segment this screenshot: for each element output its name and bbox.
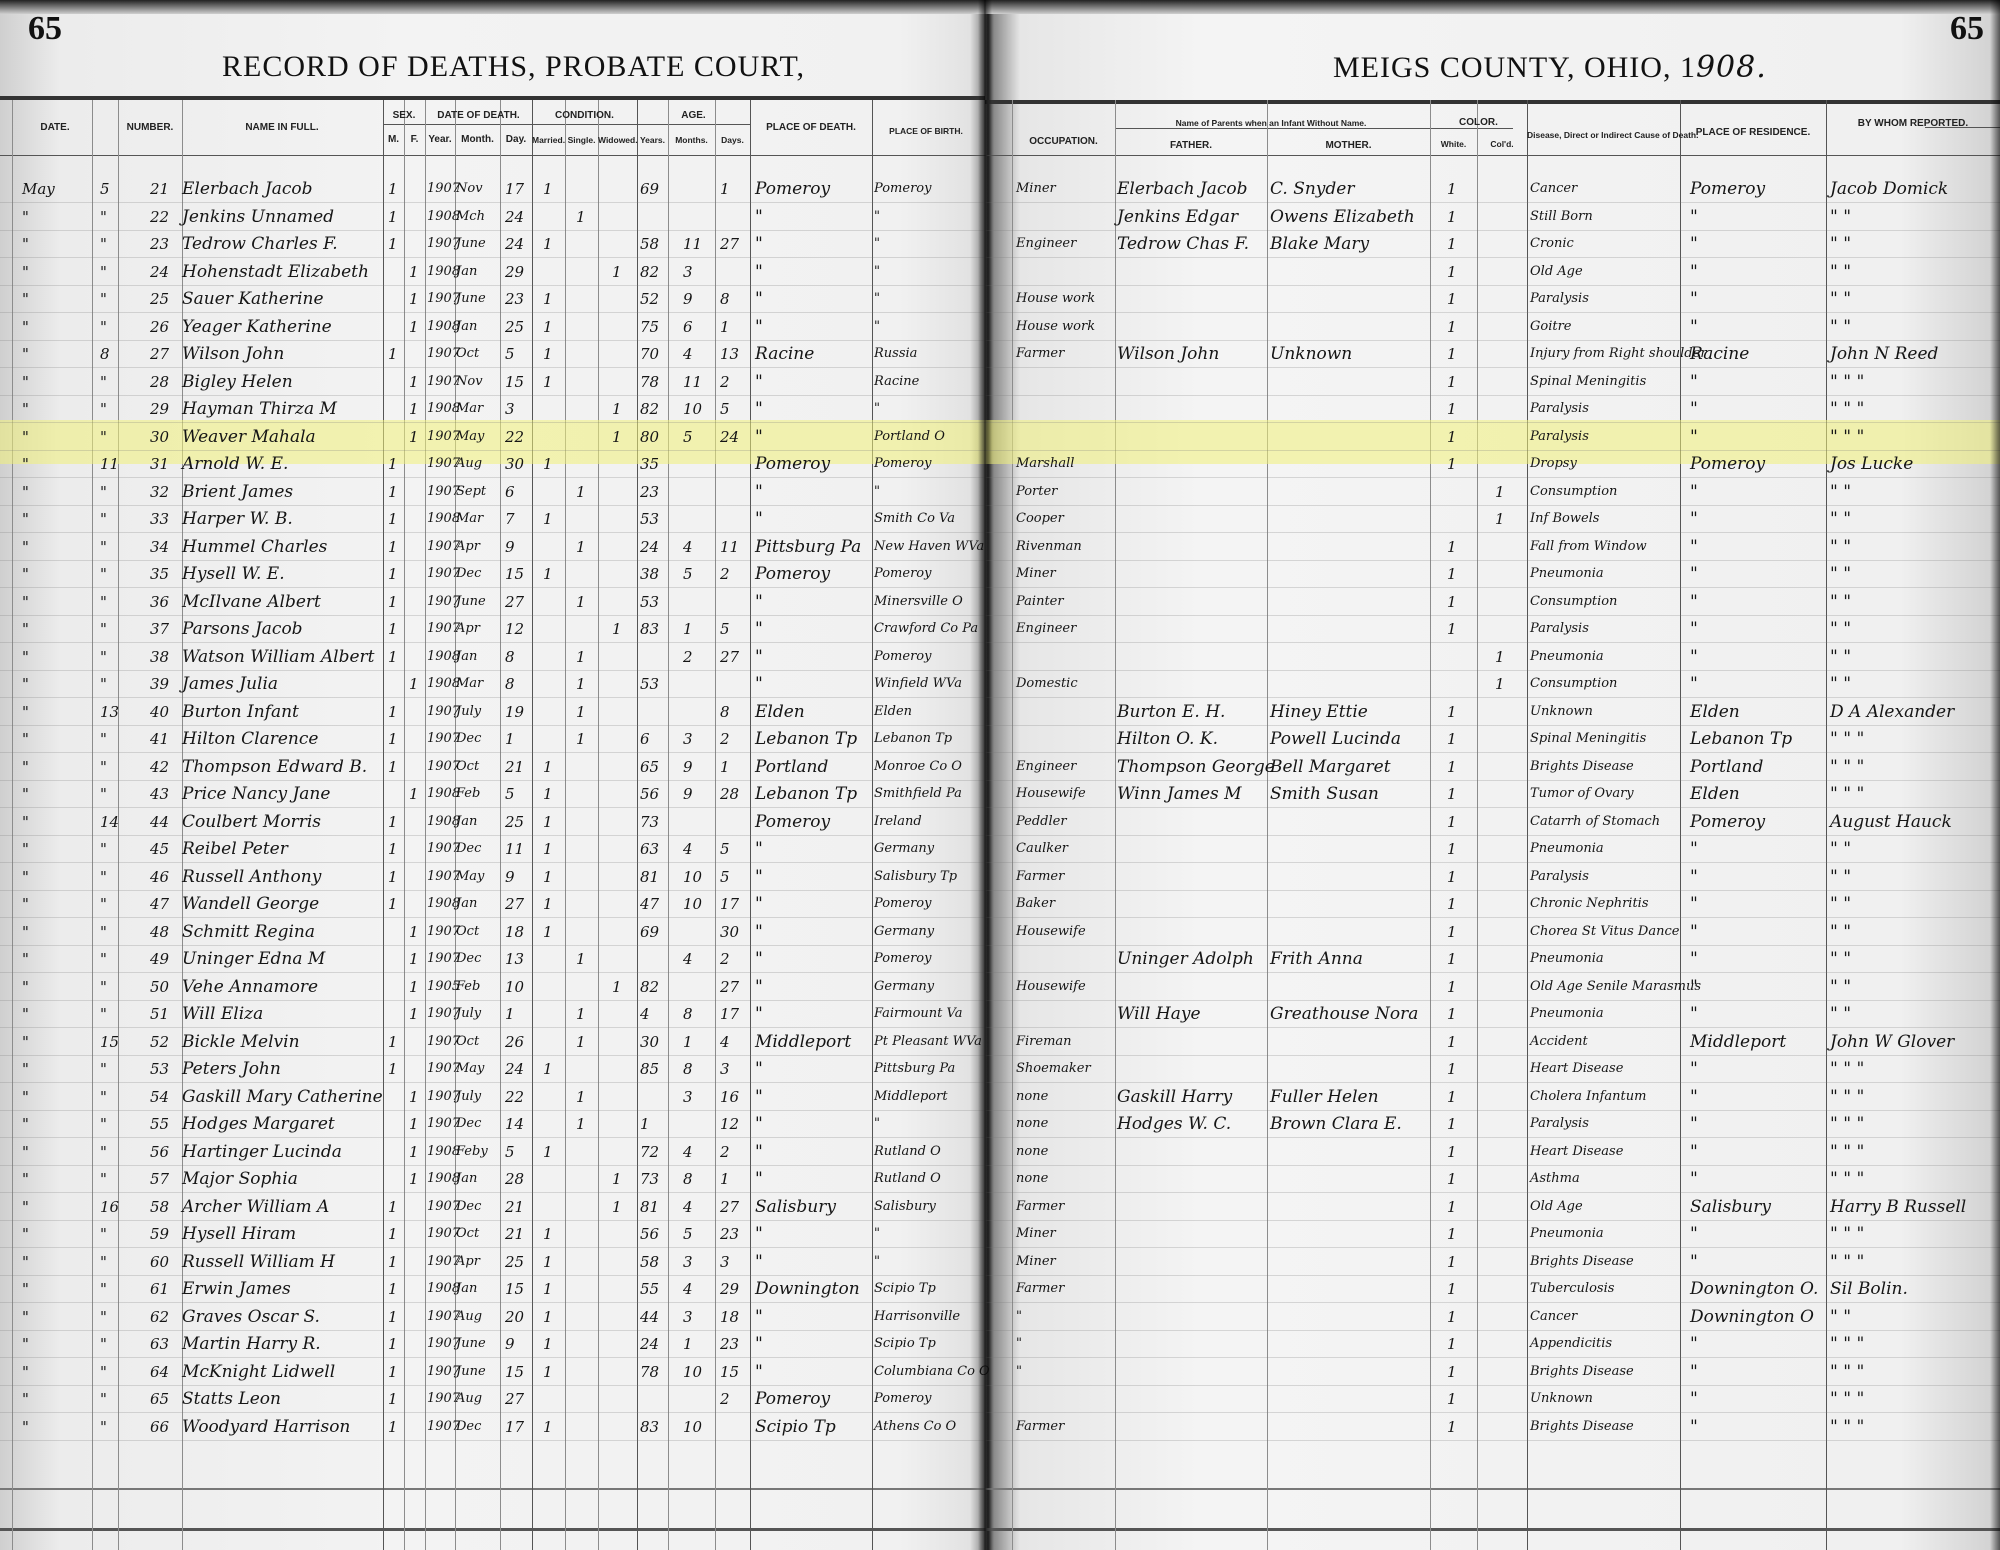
name-in-full-cell: Schmitt Regina [182, 918, 315, 946]
death-day-cell: 27 [505, 890, 524, 918]
death-day-cell: 27 [505, 1385, 524, 1413]
cause-of-death-cell: Injury from Right shoulder [1530, 340, 1707, 368]
place-of-death-cell: " [755, 918, 763, 946]
sex-m-cell: 1 [388, 890, 398, 918]
date-month-cell: " [22, 313, 29, 341]
date-day-cell: " [100, 1248, 107, 1276]
place-of-death-cell: " [755, 835, 763, 863]
reported-by-cell: " " [1830, 258, 1851, 286]
death-month-cell: Feby [456, 1138, 488, 1166]
place-of-birth-cell: Middleport [874, 1083, 948, 1111]
sex-m-cell: 1 [388, 1413, 398, 1441]
age-days-cell: 13 [720, 340, 739, 368]
cond-married-cell: 1 [543, 368, 553, 396]
occupation-cell: Caulker [1016, 835, 1068, 863]
age-days-cell: 15 [720, 1358, 739, 1386]
age-months-cell: 8 [683, 1000, 693, 1028]
residence-cell: " [1690, 368, 1698, 396]
death-day-cell: 19 [505, 698, 524, 726]
residence-cell: " [1690, 1110, 1698, 1138]
age-years-cell: 56 [640, 780, 659, 808]
place-of-birth-cell: Harrisonville [874, 1303, 960, 1331]
sex-m-cell: 1 [388, 203, 398, 231]
place-of-birth-cell: " [874, 395, 880, 423]
place-of-death-cell: Pomeroy [755, 560, 830, 588]
death-day-cell: 9 [505, 533, 515, 561]
age-days-cell: 27 [720, 643, 739, 671]
date-month-cell: " [22, 1413, 29, 1441]
death-day-cell: 15 [505, 1358, 524, 1386]
cond-married-cell: 1 [543, 1330, 553, 1358]
death-month-cell: June [456, 1330, 486, 1358]
death-month-cell: Feb [456, 973, 480, 1001]
sex-m-cell: 1 [388, 725, 398, 753]
place-of-birth-cell: " [874, 203, 880, 231]
color-white-cell: 1 [1447, 1028, 1457, 1056]
color-white-cell: 1 [1447, 1303, 1457, 1331]
death-day-cell: 9 [505, 1330, 515, 1358]
place-of-birth-cell: " [874, 285, 880, 313]
table-row: "1658Archer William A11907Dec21181427Sal… [0, 1193, 2000, 1221]
date-day-cell: " [100, 780, 107, 808]
place-of-death-cell: " [755, 505, 763, 533]
sex-m-cell: 1 [388, 1303, 398, 1331]
sex-f-cell: 1 [409, 395, 419, 423]
sex-m-cell: 1 [388, 1330, 398, 1358]
cause-of-death-cell: Accident [1530, 1028, 1588, 1056]
name-in-full-cell: Erwin James [182, 1275, 291, 1303]
death-day-cell: 22 [505, 423, 524, 451]
date-day-cell: " [100, 615, 107, 643]
cause-of-death-cell: Heart Disease [1530, 1055, 1623, 1083]
table-row: May521Elerbach Jacob11907Nov171691Pomero… [0, 175, 2000, 203]
place-of-death-cell: Pomeroy [755, 808, 830, 836]
death-day-cell: 15 [505, 1275, 524, 1303]
cause-of-death-cell: Fall from Window [1530, 533, 1647, 561]
place-of-birth-cell: Salisbury Tp [874, 863, 957, 891]
table-row: ""65Statts Leon11907Aug272PomeroyPomeroy… [0, 1385, 2000, 1413]
age-months-cell: 1 [683, 1330, 693, 1358]
name-in-full-cell: Yeager Katherine [182, 313, 332, 341]
date-day-cell: " [100, 505, 107, 533]
cause-of-death-cell: Pneumonia [1530, 945, 1604, 973]
entry-number-cell: 56 [150, 1138, 169, 1166]
place-of-death-cell: Scipio Tp [755, 1413, 836, 1441]
age-years-cell: 69 [640, 175, 659, 203]
age-years-cell: 73 [640, 808, 659, 836]
cause-of-death-cell: Cancer [1530, 1303, 1577, 1331]
age-days-cell: 3 [720, 1248, 730, 1276]
name-in-full-cell: Archer William A [182, 1193, 329, 1221]
place-of-birth-cell: Salisbury [874, 1193, 936, 1221]
occupation-cell: " [1016, 1358, 1022, 1386]
residence-cell: " [1690, 313, 1698, 341]
death-month-cell: Apr [456, 533, 480, 561]
father-cell: Wilson John [1117, 340, 1219, 368]
name-in-full-cell: Graves Oscar S. [182, 1303, 320, 1331]
reported-by-cell: " " [1830, 615, 1851, 643]
age-months-cell: 4 [683, 340, 693, 368]
place-of-birth-cell: Scipio Tp [874, 1330, 936, 1358]
sex-f-cell: 1 [409, 1000, 419, 1028]
date-day-cell: " [100, 835, 107, 863]
entry-number-cell: 22 [150, 203, 169, 231]
name-in-full-cell: Arnold W. E. [182, 450, 288, 478]
date-day-cell: 5 [100, 175, 110, 203]
header-sex-m: M. [383, 134, 404, 145]
age-days-cell: 27 [720, 1193, 739, 1221]
table-row: ""32Brient James11907Sept6123""Porter1Co… [0, 478, 2000, 506]
place-of-birth-cell: Pt Pleasant WVa [874, 1028, 982, 1056]
age-days-cell: 24 [720, 423, 739, 451]
sex-m-cell: 1 [388, 1055, 398, 1083]
place-of-birth-cell: " [874, 478, 880, 506]
residence-cell: " [1690, 890, 1698, 918]
sex-m-cell: 1 [388, 1358, 398, 1386]
header-sex: SEX. [383, 110, 425, 121]
death-month-cell: Aug [456, 1303, 482, 1331]
age-months-cell: 4 [683, 1138, 693, 1166]
cond-married-cell: 1 [543, 1248, 553, 1276]
death-month-cell: Mch [456, 203, 485, 231]
cause-of-death-cell: Still Born [1530, 203, 1593, 231]
age-years-cell: 70 [640, 340, 659, 368]
occupation-cell: Painter [1016, 588, 1064, 616]
sex-m-cell: 1 [388, 615, 398, 643]
header-residence: PLACE OF RESIDENCE. [1680, 127, 1826, 138]
header-cond-married: Married. [532, 135, 565, 145]
date-month-cell: " [22, 1248, 29, 1276]
age-years-cell: 4 [640, 1000, 650, 1028]
entry-number-cell: 24 [150, 258, 169, 286]
cond-married-cell: 1 [543, 1303, 553, 1331]
residence-cell: Portland [1690, 753, 1763, 781]
cause-of-death-cell: Catarrh of Stomach [1530, 808, 1660, 836]
cond-married-cell: 1 [543, 313, 553, 341]
occupation-cell: Rivenman [1016, 533, 1082, 561]
table-row: ""61Erwin James11908Jan15155429Downingto… [0, 1275, 2000, 1303]
death-day-cell: 21 [505, 1193, 524, 1221]
entry-number-cell: 53 [150, 1055, 169, 1083]
sex-f-cell: 1 [409, 973, 419, 1001]
reported-by-cell: " " [1830, 918, 1851, 946]
death-month-cell: Dec [456, 1193, 481, 1221]
entry-number-cell: 21 [150, 175, 169, 203]
age-days-cell: 1 [720, 753, 730, 781]
death-day-cell: 1 [505, 725, 515, 753]
date-day-cell: " [100, 1385, 107, 1413]
date-day-cell: 14 [100, 808, 119, 836]
entry-number-cell: 58 [150, 1193, 169, 1221]
death-month-cell: Apr [456, 1248, 480, 1276]
entry-number-cell: 49 [150, 945, 169, 973]
color-cold-cell: 1 [1495, 505, 1505, 533]
place-of-birth-cell: Russia [874, 340, 917, 368]
residence-cell: " [1690, 1055, 1698, 1083]
age-years-cell: 24 [640, 1330, 659, 1358]
residence-cell: Racine [1690, 340, 1749, 368]
age-days-cell: 1 [720, 313, 730, 341]
color-white-cell: 1 [1447, 340, 1457, 368]
death-month-cell: Dec [456, 945, 481, 973]
entry-number-cell: 61 [150, 1275, 169, 1303]
age-months-cell: 5 [683, 560, 693, 588]
death-day-cell: 1 [505, 1000, 515, 1028]
place-of-death-cell: " [755, 285, 763, 313]
age-years-cell: 53 [640, 588, 659, 616]
cond-married-cell: 1 [543, 1413, 553, 1441]
place-of-death-cell: " [755, 1165, 763, 1193]
age-days-cell: 2 [720, 368, 730, 396]
age-months-cell: 10 [683, 863, 702, 891]
mother-cell: Owens Elizabeth [1270, 203, 1415, 231]
residence-cell: " [1690, 588, 1698, 616]
color-white-cell: 1 [1447, 1385, 1457, 1413]
cause-of-death-cell: Brights Disease [1530, 1248, 1634, 1276]
age-days-cell: 27 [720, 230, 739, 258]
entry-number-cell: 59 [150, 1220, 169, 1248]
date-day-cell: " [100, 560, 107, 588]
death-day-cell: 20 [505, 1303, 524, 1331]
cond-single-cell: 1 [576, 203, 586, 231]
age-years-cell: 44 [640, 1303, 659, 1331]
place-of-death-cell: " [755, 1358, 763, 1386]
date-day-cell: " [100, 945, 107, 973]
cause-of-death-cell: Pneumonia [1530, 643, 1604, 671]
age-years-cell: 82 [640, 973, 659, 1001]
name-in-full-cell: Harper W. B. [182, 505, 293, 533]
color-white-cell: 1 [1447, 945, 1457, 973]
death-day-cell: 12 [505, 615, 524, 643]
age-days-cell: 1 [720, 1165, 730, 1193]
table-row: ""56Hartinger Lucinda11908Feby517242"Rut… [0, 1138, 2000, 1166]
place-of-birth-cell: Pomeroy [874, 890, 931, 918]
place-of-death-cell: Pomeroy [755, 1385, 830, 1413]
table-row: ""62Graves Oscar S.11907Aug20144318"Harr… [0, 1303, 2000, 1331]
place-of-birth-cell: Smithfield Pa [874, 780, 962, 808]
age-years-cell: 58 [640, 1248, 659, 1276]
header-name: NAME IN FULL. [182, 122, 382, 133]
color-white-cell: 1 [1447, 1083, 1457, 1111]
death-month-cell: Nov [456, 175, 483, 203]
cause-of-death-cell: Brights Disease [1530, 1413, 1634, 1441]
occupation-cell: none [1016, 1165, 1048, 1193]
table-row: ""64McKnight Lidwell11907June151781015"C… [0, 1358, 2000, 1386]
place-of-birth-cell: " [874, 1248, 880, 1276]
occupation-cell: Peddler [1016, 808, 1067, 836]
mother-cell: Hiney Ettie [1270, 698, 1368, 726]
date-month-cell: " [22, 478, 29, 506]
table-row: ""53Peters John11907May2418583"Pittsburg… [0, 1055, 2000, 1083]
cause-of-death-cell: Unknown [1530, 698, 1593, 726]
cond-married-cell: 1 [543, 1055, 553, 1083]
residence-cell: " [1690, 918, 1698, 946]
cause-of-death-cell: Goitre [1530, 313, 1572, 341]
reported-by-cell: " " [1830, 973, 1851, 1001]
residence-cell: " [1690, 945, 1698, 973]
death-month-cell: May [456, 423, 484, 451]
death-month-cell: Jan [456, 808, 477, 836]
entry-number-cell: 55 [150, 1110, 169, 1138]
death-month-cell: Dec [456, 725, 481, 753]
reported-by-cell: John N Reed [1830, 340, 1938, 368]
date-month-cell: " [22, 808, 29, 836]
date-month-cell: " [22, 973, 29, 1001]
right-page-number: 65 [1950, 10, 1984, 48]
date-day-cell: " [100, 1055, 107, 1083]
death-day-cell: 28 [505, 1165, 524, 1193]
header-occupation: OCCUPATION. [1012, 136, 1115, 147]
table-row: ""60Russell William H11907Apr2515833""Mi… [0, 1248, 2000, 1276]
color-cold-cell: 1 [1495, 478, 1505, 506]
color-white-cell: 1 [1447, 560, 1457, 588]
death-month-cell: Mar [456, 670, 483, 698]
date-day-cell: " [100, 643, 107, 671]
name-in-full-cell: Wilson John [182, 340, 284, 368]
sex-m-cell: 1 [388, 450, 398, 478]
residence-cell: " [1690, 1385, 1698, 1413]
age-months-cell: 4 [683, 835, 693, 863]
place-of-birth-cell: Minersville O [874, 588, 963, 616]
name-in-full-cell: Thompson Edward B. [182, 753, 367, 781]
sex-f-cell: 1 [409, 1138, 419, 1166]
name-in-full-cell: Jenkins Unnamed [182, 203, 334, 231]
death-month-cell: June [456, 1358, 486, 1386]
date-day-cell: " [100, 1330, 107, 1358]
occupation-cell: Engineer [1016, 230, 1076, 258]
residence-cell: Pomeroy [1690, 175, 1765, 203]
color-white-cell: 1 [1447, 1138, 1457, 1166]
sex-m-cell: 1 [388, 340, 398, 368]
name-in-full-cell: James Julia [182, 670, 278, 698]
death-day-cell: 9 [505, 863, 515, 891]
death-month-cell: Oct [456, 918, 479, 946]
death-month-cell: June [456, 588, 486, 616]
cause-of-death-cell: Consumption [1530, 588, 1617, 616]
age-months-cell: 4 [683, 945, 693, 973]
reported-by-cell: " " [1830, 588, 1851, 616]
date-day-cell: " [100, 230, 107, 258]
mother-cell: Bell Margaret [1270, 753, 1391, 781]
age-years-cell: 73 [640, 1165, 659, 1193]
age-days-cell: 5 [720, 395, 730, 423]
age-years-cell: 82 [640, 258, 659, 286]
date-month-cell: " [22, 1165, 29, 1193]
death-month-cell: June [456, 230, 486, 258]
date-day-cell: " [100, 285, 107, 313]
color-white-cell: 1 [1447, 808, 1457, 836]
date-day-cell: " [100, 1358, 107, 1386]
date-month-cell: " [22, 258, 29, 286]
color-white-cell: 1 [1447, 1413, 1457, 1441]
date-month-cell: " [22, 533, 29, 561]
sex-f-cell: 1 [409, 670, 419, 698]
death-month-cell: Mar [456, 395, 483, 423]
name-in-full-cell: Brient James [182, 478, 293, 506]
date-day-cell: " [100, 1413, 107, 1441]
father-cell: Burton E. H. [1117, 698, 1225, 726]
name-in-full-cell: Will Eliza [182, 1000, 263, 1028]
age-days-cell: 28 [720, 780, 739, 808]
age-days-cell: 11 [720, 533, 739, 561]
date-month-cell: " [22, 863, 29, 891]
place-of-death-cell: " [755, 478, 763, 506]
mother-cell: Brown Clara E. [1270, 1110, 1402, 1138]
residence-cell: " [1690, 973, 1698, 1001]
residence-cell: Pomeroy [1690, 808, 1765, 836]
table-row: "827Wilson John11907Oct5170413RacineRuss… [0, 340, 2000, 368]
place-of-birth-cell: Germany [874, 973, 934, 1001]
death-month-cell: Dec [456, 1413, 481, 1441]
date-month-cell: " [22, 698, 29, 726]
death-month-cell: Jan [456, 258, 477, 286]
death-day-cell: 26 [505, 1028, 524, 1056]
death-day-cell: 10 [505, 973, 524, 1001]
age-months-cell: 3 [683, 1083, 693, 1111]
table-row: ""55Hodges Margaret11907Dec141112""noneH… [0, 1110, 2000, 1138]
date-month-cell: " [22, 1110, 29, 1138]
death-month-cell: Apr [456, 615, 480, 643]
place-of-birth-cell: Pomeroy [874, 1385, 931, 1413]
header-age-months: Months. [668, 135, 715, 145]
entry-number-cell: 42 [150, 753, 169, 781]
place-of-death-cell: Lebanon Tp [755, 725, 857, 753]
cause-of-death-cell: Appendicitis [1530, 1330, 1612, 1358]
date-month-cell: " [22, 725, 29, 753]
death-month-cell: Oct [456, 1028, 479, 1056]
color-white-cell: 1 [1447, 1248, 1457, 1276]
cond-widowed-cell: 1 [612, 615, 622, 643]
ledger-spread: 65 65 RECORD OF DEATHS, PROBATE COURT, M… [0, 0, 2000, 1550]
date-day-cell: " [100, 753, 107, 781]
date-month-cell: " [22, 1358, 29, 1386]
date-month-cell: " [22, 615, 29, 643]
reported-by-cell: Harry B Russell [1830, 1193, 1966, 1221]
reported-by-cell: John W Glover [1830, 1028, 1954, 1056]
cause-of-death-cell: Old Age [1530, 1193, 1583, 1221]
date-day-cell: " [100, 725, 107, 753]
date-month-cell: " [22, 780, 29, 808]
sex-m-cell: 1 [388, 1385, 398, 1413]
father-cell: Hilton O. K. [1117, 725, 1218, 753]
header-rule-right [985, 100, 2000, 104]
age-days-cell: 30 [720, 918, 739, 946]
death-month-cell: Oct [456, 340, 479, 368]
age-years-cell: 80 [640, 423, 659, 451]
occupation-cell: " [1016, 1303, 1022, 1331]
table-row: ""23Tedrow Charles F.11907June241581127"… [0, 230, 2000, 258]
date-month-cell: " [22, 423, 29, 451]
sex-f-cell: 1 [409, 918, 419, 946]
date-month-cell: " [22, 753, 29, 781]
sex-f-cell: 1 [409, 423, 419, 451]
cond-single-cell: 1 [576, 643, 586, 671]
reported-by-cell: " " [1830, 285, 1851, 313]
entry-number-cell: 44 [150, 808, 169, 836]
cond-married-cell: 1 [543, 753, 553, 781]
place-of-death-cell: Pittsburg Pa [755, 533, 861, 561]
reported-by-cell: " " " [1830, 1220, 1864, 1248]
color-white-cell: 1 [1447, 753, 1457, 781]
date-day-cell: " [100, 1000, 107, 1028]
sex-m-cell: 1 [388, 643, 398, 671]
table-row: ""29Hayman Thirza M11908Mar3182105""1Par… [0, 395, 2000, 423]
date-day-cell: 8 [100, 340, 110, 368]
place-of-death-cell: Racine [755, 340, 814, 368]
color-white-cell: 1 [1447, 973, 1457, 1001]
age-days-cell: 8 [720, 285, 730, 313]
table-row: "1444Coulbert Morris11908Jan25173Pomeroy… [0, 808, 2000, 836]
